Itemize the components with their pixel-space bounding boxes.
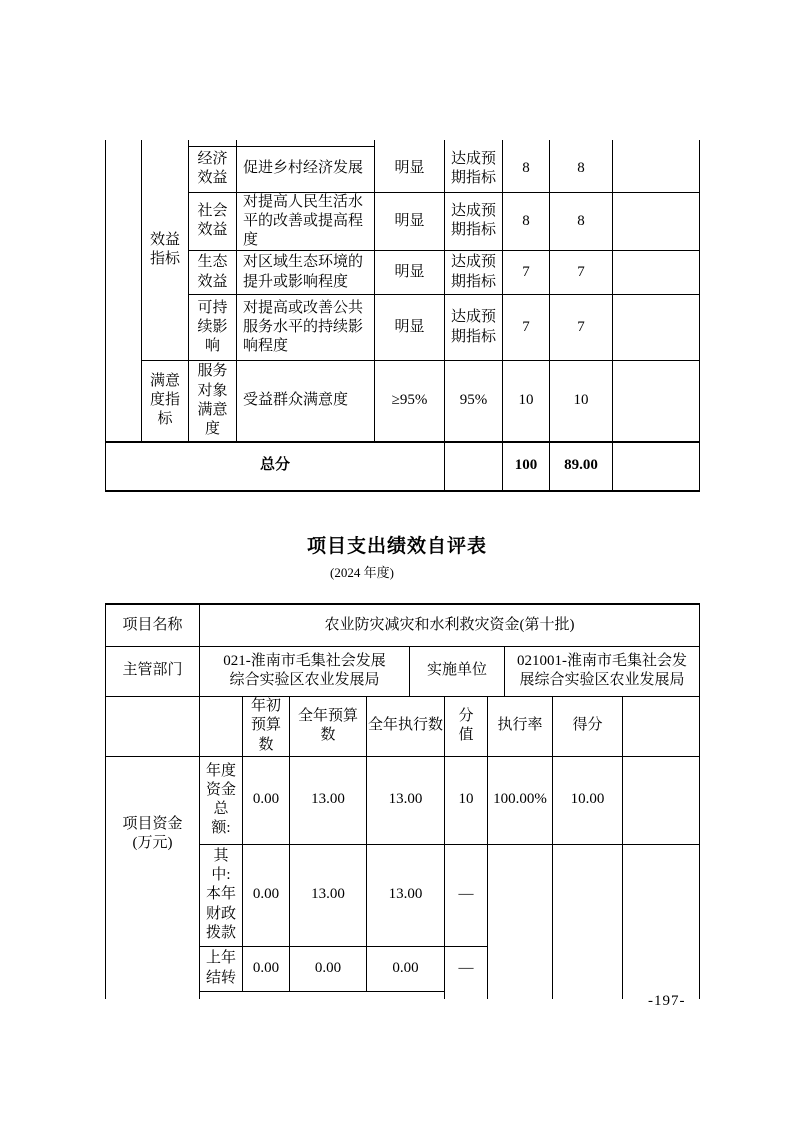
group-label-cell: 满意 度指 标	[142, 361, 189, 442]
document-page: 效益 指标 经济 效益 促进乡村经济发展 明显 达成预 期指标 8 8 社会 效…	[0, 0, 794, 1122]
score-cell: 7	[550, 295, 613, 361]
fund-rate-value	[488, 844, 553, 946]
fund-points-value: —	[445, 844, 488, 946]
fund-row-total: 项目资金 (万元) 年度 资金 总 额: 0.00 13.00 13.00 10…	[106, 756, 700, 844]
sub-indicator-cell: 社会 效益	[189, 192, 237, 251]
fund-rate-value	[488, 946, 553, 991]
points-cell: 8	[503, 192, 550, 251]
fund-row-label: 年度 资金 总 额:	[200, 756, 243, 844]
actual-value-cell: 达成预 期指标	[445, 146, 503, 192]
sub-indicator-cell: 生态 效益	[189, 251, 237, 295]
table-row: 社会 效益 对提高人民生活水 平的改善或提高程 度 明显 达成预 期指标 8 8	[106, 192, 700, 251]
empty-cell	[106, 696, 200, 756]
target-value-cell: 明显	[375, 251, 445, 295]
fund-executed-value: 0.00	[367, 946, 445, 991]
fund-initial-value: 0.00	[243, 756, 290, 844]
page-number: -197-	[648, 993, 686, 1010]
note-cell	[613, 295, 700, 361]
indicator-desc-cell: 受益群众满意度	[237, 361, 375, 442]
stub-cell	[445, 991, 488, 999]
project-name-value: 农业防灾减灾和水利救灾资金(第十批)	[200, 604, 700, 646]
stub-cell	[200, 991, 445, 999]
score-cell: 8	[550, 192, 613, 251]
fund-budget-value: 13.00	[290, 844, 367, 946]
empty-cell	[445, 442, 503, 491]
impl-unit-value: 021001-淮南市毛集社会发 展综合实验区农业发展局	[505, 646, 700, 696]
sub-indicator-cell: 可持 续影 响	[189, 295, 237, 361]
sub-indicator-cell: 经济 效益	[189, 146, 237, 192]
page-title: 项目支出绩效自评表	[0, 531, 794, 558]
fund-initial-value: 0.00	[243, 946, 290, 991]
self-eval-table: 项目名称 农业防灾减灾和水利救灾资金(第十批) 主管部门 021-淮南市毛集社会…	[105, 603, 700, 999]
actual-value-cell: 达成预 期指标	[445, 251, 503, 295]
col-header-exec-rate: 执行率	[488, 696, 553, 756]
points-cell: 7	[503, 295, 550, 361]
table-row: 生态 效益 对区域生态环境的 提升或影响程度 明显 达成预 期指标 7 7	[106, 251, 700, 295]
indicator-desc-cell: 促进乡村经济发展	[237, 146, 375, 192]
fund-initial-value: 0.00	[243, 844, 290, 946]
group-label-cell: 效益 指标	[142, 140, 189, 361]
note-cell	[613, 442, 700, 491]
fund-rate-value: 100.00%	[488, 756, 553, 844]
note-cell	[613, 251, 700, 295]
note-cell	[613, 146, 700, 192]
fund-budget-value: 13.00	[290, 756, 367, 844]
indicator-desc-cell: 对区域生态环境的 提升或影响程度	[237, 251, 375, 295]
score-cell: 8	[550, 146, 613, 192]
funds-header-row: 年初 预算 数 全年预算 数 全年执行数 分 值 执行率 得分	[106, 696, 700, 756]
fund-points-value: 10	[445, 756, 488, 844]
empty-cell	[623, 696, 700, 756]
funds-group-label: 项目资金 (万元)	[106, 756, 200, 999]
page-subtitle: (2024 年度)	[330, 562, 394, 581]
stub-cell	[553, 991, 623, 999]
department-row: 主管部门 021-淮南市毛集社会发展 综合实验区农业发展局 实施单位 02100…	[106, 646, 700, 696]
fund-score-value: 10.00	[553, 756, 623, 844]
score-cell: 10	[550, 361, 613, 442]
fund-executed-value: 13.00	[367, 844, 445, 946]
table-row: 满意 度指 标 服务 对象 满意 度 受益群众满意度 ≥95% 95% 10 1…	[106, 361, 700, 442]
table-row: 可持 续影 响 对提高或改善公共 服务水平的持续影 响程度 明显 达成预 期指标…	[106, 295, 700, 361]
fund-row-label: 上年 结转	[200, 946, 243, 991]
total-score-cell: 89.00	[550, 442, 613, 491]
sub-indicator-cell: 服务 对象 满意 度	[189, 361, 237, 442]
empty-cell	[623, 946, 700, 991]
note-cell	[613, 192, 700, 251]
fund-score-value	[553, 946, 623, 991]
fund-budget-value: 0.00	[290, 946, 367, 991]
target-value-cell: 明显	[375, 295, 445, 361]
continuation-empty-cell	[106, 140, 142, 442]
fund-executed-value: 13.00	[367, 756, 445, 844]
stub-cell	[488, 991, 553, 999]
empty-cell	[623, 844, 700, 946]
impl-unit-label: 实施单位	[410, 646, 505, 696]
fund-score-value	[553, 844, 623, 946]
target-value-cell: ≥95%	[375, 361, 445, 442]
fund-row-label: 其 中: 本年 财政 拨款	[200, 844, 243, 946]
score-cell: 7	[550, 251, 613, 295]
col-header-score: 得分	[553, 696, 623, 756]
empty-cell	[623, 756, 700, 844]
note-cell	[613, 361, 700, 442]
target-value-cell: 明显	[375, 192, 445, 251]
col-header-year-budget: 全年预算 数	[290, 696, 367, 756]
points-cell: 10	[503, 361, 550, 442]
fund-points-value: —	[445, 946, 488, 991]
dept-label: 主管部门	[106, 646, 200, 696]
col-header-points: 分 值	[445, 696, 488, 756]
total-row: 总分 100 89.00	[106, 442, 700, 491]
col-header-initial-budget: 年初 预算 数	[243, 696, 290, 756]
project-name-row: 项目名称 农业防灾减灾和水利救灾资金(第十批)	[106, 604, 700, 646]
actual-value-cell: 达成预 期指标	[445, 295, 503, 361]
total-label-cell: 总分	[106, 442, 445, 491]
col-header-year-executed: 全年执行数	[367, 696, 445, 756]
points-cell: 7	[503, 251, 550, 295]
actual-value-cell: 达成预 期指标	[445, 192, 503, 251]
dept-value: 021-淮南市毛集社会发展 综合实验区农业发展局	[200, 646, 410, 696]
table-row: 经济 效益 促进乡村经济发展 明显 达成预 期指标 8 8	[106, 146, 700, 192]
project-name-label: 项目名称	[106, 604, 200, 646]
actual-value-cell: 95%	[445, 361, 503, 442]
indicator-desc-cell: 对提高人民生活水 平的改善或提高程 度	[237, 192, 375, 251]
total-points-cell: 100	[503, 442, 550, 491]
points-cell: 8	[503, 146, 550, 192]
empty-cell	[200, 696, 243, 756]
indicator-desc-cell: 对提高或改善公共 服务水平的持续影 响程度	[237, 295, 375, 361]
target-value-cell: 明显	[375, 146, 445, 192]
benefit-indicators-table: 效益 指标 经济 效益 促进乡村经济发展 明显 达成预 期指标 8 8 社会 效…	[105, 140, 700, 492]
